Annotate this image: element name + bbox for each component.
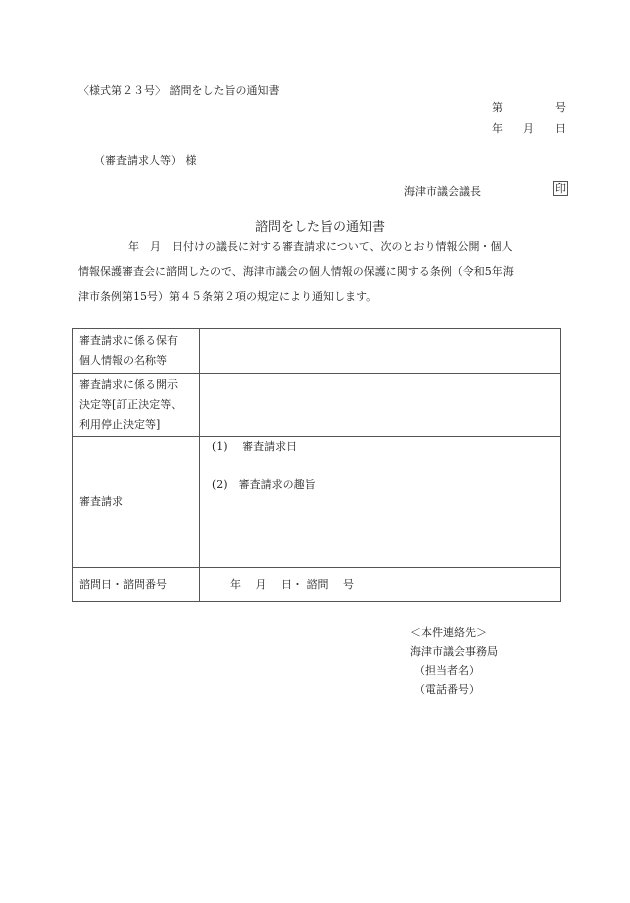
table-row: 審査請求に係る保有 個人情報の名称等 (73, 329, 561, 374)
body-line-3: 津市条例第15号）第４５条第２項の規定により通知します。 (78, 284, 572, 309)
label-line: 利用停止決定等] (79, 415, 193, 435)
label-line: 審査請求に係る開示 (79, 375, 193, 395)
body-line-2: 情報保護審査会に諮問したので、海津市議会の個人情報の保護に関する条例（令和5年海 (78, 259, 572, 284)
date-year: 年 (492, 120, 503, 136)
document-title: 諮問をした旨の通知書 (255, 216, 385, 235)
table-row: 審査請求 (1) 審査請求日 (2) 審査請求の趣旨 (73, 437, 561, 568)
review-request-date: (1) 審査請求日 (212, 437, 297, 457)
label-line: 審査請求に係る保有 (79, 331, 193, 351)
contact-office: 海津市議会事務局 (410, 643, 498, 659)
value-personal-info-name (200, 329, 561, 374)
review-request-purpose: (2) 審査請求の趣旨 (212, 475, 316, 495)
doc-number-suffix: 号 (555, 99, 566, 115)
value-disclosure-decision (200, 374, 561, 437)
date-month: 月 (523, 120, 534, 136)
contact-heading: ＜本件連絡先＞ (410, 624, 487, 640)
sender: 海津市議会議長 (404, 183, 481, 199)
contact-person: （担当者名） (414, 662, 480, 678)
table-row: 審査請求に係る開示 決定等[訂正決定等、 利用停止決定等] (73, 374, 561, 437)
seal-box: 印 (553, 181, 568, 196)
label-line: 決定等[訂正決定等、 (79, 395, 193, 415)
contact-phone: （電話番号） (414, 681, 480, 697)
label-personal-info-name: 審査請求に係る保有 個人情報の名称等 (73, 329, 200, 374)
form-number: 〈様式第２３号〉 諮問をした旨の通知書 (78, 82, 280, 98)
label-inquiry-date-number: 諮問日・諮問番号 (73, 568, 200, 602)
value-review-request: (1) 審査請求日 (2) 審査請求の趣旨 (200, 437, 561, 568)
body-paragraph: 年 月 日付けの議長に対する審査請求について、次のとおり情報公開・個人 情報保護… (78, 234, 572, 309)
table-row: 諮問日・諮問番号 年 月 日・ 諮問 号 (73, 568, 561, 602)
addressee: （審査請求人等） 様 (94, 152, 197, 168)
label-disclosure-decision: 審査請求に係る開示 決定等[訂正決定等、 利用停止決定等] (73, 374, 200, 437)
doc-number-prefix: 第 (492, 99, 503, 115)
date-day: 日 (555, 120, 566, 136)
body-line-1: 年 月 日付けの議長に対する審査請求について、次のとおり情報公開・個人 (78, 234, 572, 259)
label-line: 個人情報の名称等 (79, 351, 193, 371)
label-review-request: 審査請求 (73, 437, 200, 568)
value-inquiry-date-number: 年 月 日・ 諮問 号 (200, 568, 561, 602)
notice-table: 審査請求に係る保有 個人情報の名称等 審査請求に係る開示 決定等[訂正決定等、 … (72, 328, 561, 602)
